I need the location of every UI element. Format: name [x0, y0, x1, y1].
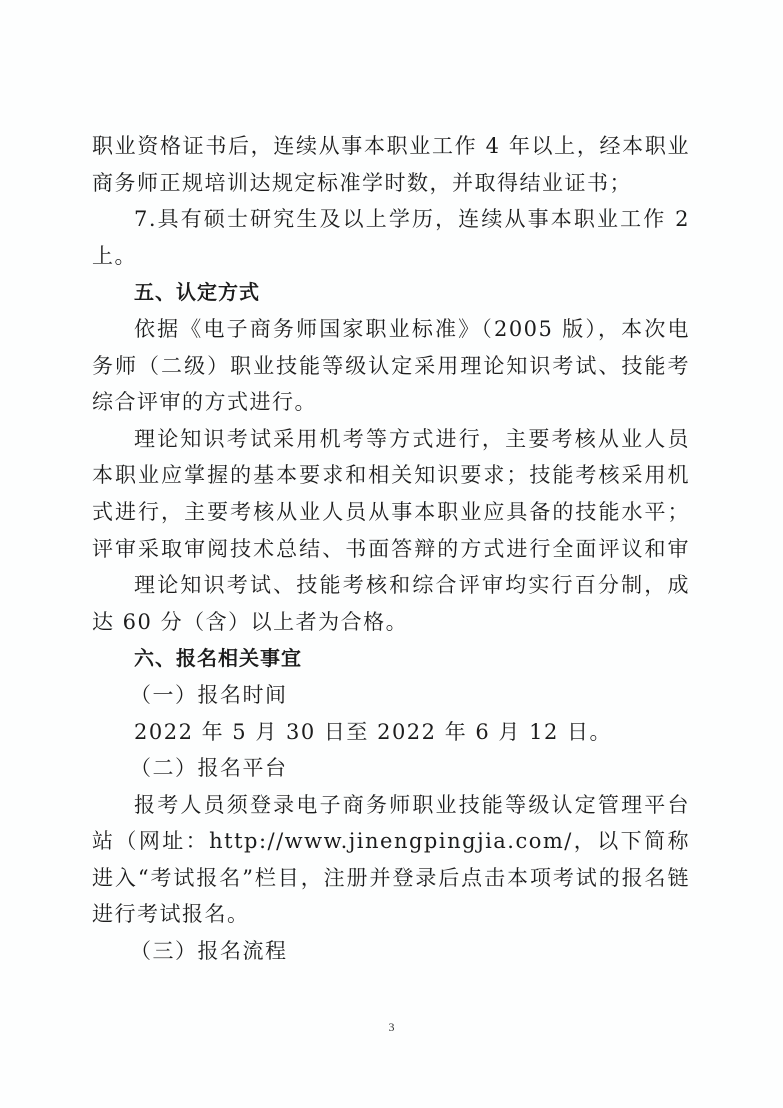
document-page: 职业资格证书后，连续从事本职业工作 4 年以上，经本职业电子 商务师正规培训达规…	[92, 128, 690, 970]
paragraph-line: 综合评审的方式进行。	[92, 384, 690, 421]
paragraph-line: 进行考试报名。	[92, 896, 690, 933]
page-number: 3	[0, 1020, 783, 1035]
body-line: 商务师正规培训达规定标准学时数，并取得结业证书；	[92, 165, 690, 202]
subheading-registration-platform: （二）报名平台	[92, 750, 690, 787]
paragraph-line: 式进行，主要考核从业人员从事本职业应具备的技能水平；综合	[92, 494, 690, 531]
paragraph-line: 务师（二级）职业技能等级认定采用理论知识考试、技能考核和	[92, 348, 690, 385]
paragraph-line: 评审采取审阅技术总结、书面答辩的方式进行全面评议和审查。	[92, 531, 690, 568]
section-heading-registration: 六、报名相关事宜	[92, 640, 690, 677]
paragraph-line: 依据《电子商务师国家职业标准》（2005 版），本次电子商	[92, 311, 690, 348]
list-item-7-line: 7.具有硕士研究生及以上学历，连续从事本职业工作 2 年以	[92, 201, 690, 238]
subheading-registration-process: （三）报名流程	[92, 933, 690, 970]
body-line: 职业资格证书后，连续从事本职业工作 4 年以上，经本职业电子	[92, 128, 690, 165]
list-item-7-line: 上。	[92, 238, 690, 275]
paragraph-line-with-url: 站（网址：http://www.jinengpingjia.com/，以下简称报…	[92, 823, 690, 860]
paragraph-line: 报考人员须登录电子商务师职业技能等级认定管理平台网	[92, 787, 690, 824]
paragraph-line: 进入“考试报名”栏目，注册并登录后点击本项考试的报名链接	[92, 860, 690, 897]
paragraph-line: 理论知识考试、技能考核和综合评审均实行百分制，成绩皆	[92, 567, 690, 604]
subheading-registration-time: （一）报名时间	[92, 677, 690, 714]
section-heading-assessment-method: 五、认定方式	[92, 274, 690, 311]
paragraph-line: 本职业应掌握的基本要求和相关知识要求；技能考核采用机考方	[92, 457, 690, 494]
paragraph-line: 理论知识考试采用机考等方式进行，主要考核从业人员从事	[92, 421, 690, 458]
paragraph-line: 达 60 分（含）以上者为合格。	[92, 604, 690, 641]
registration-dates: 2022 年 5 月 30 日至 2022 年 6 月 12 日。	[92, 714, 690, 751]
